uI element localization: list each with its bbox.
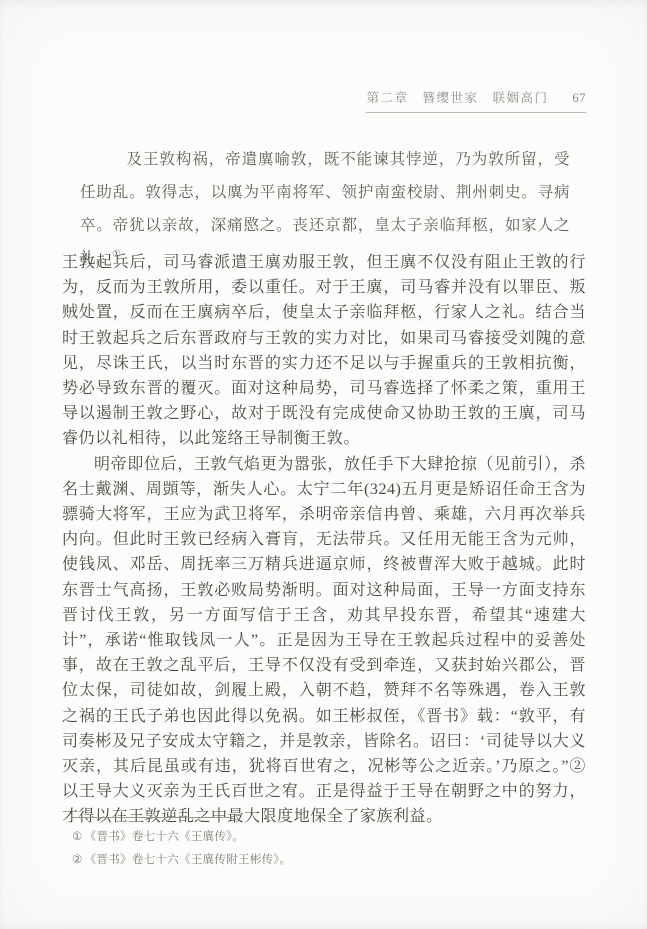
footnote-marker-1: ① [72, 831, 83, 843]
footnote-item: ②《晋书》卷七十六《王廙传附王彬传》。 [72, 849, 562, 872]
footnote-text-1: 《晋书》卷七十六《王廙传》。 [85, 831, 244, 843]
page-header: 第二章 簪缨世家 联姻高门67 [62, 88, 586, 113]
running-head-rule: 第二章 簪缨世家 联姻高门67 [366, 88, 586, 113]
footnote-text-2: 《晋书》卷七十六《王廙传附王彬传》。 [85, 854, 292, 866]
paragraph-2: 明帝即位后，王敦气焰更为嚣张，放任手下大肆抢掠（见前引），杀名士戴渊、周顗等，渐… [62, 452, 586, 830]
footnotes: ①《晋书》卷七十六《王廙传》。 ②《晋书》卷七十六《王廙传附王彬传》。 [72, 826, 562, 871]
footnote-marker-2: ② [72, 854, 83, 866]
running-head: 第二章 簪缨世家 联姻高门 [366, 91, 548, 105]
paragraph-1: 王敦起兵后，司马睿派遣王廙劝服王敦，但王廙不仅没有阻止王敦的行为，反而为王敦所用… [62, 250, 586, 452]
main-text: 王敦起兵后，司马睿派遣王廙劝服王敦，但王廙不仅没有阻止王敦的行为，反而为王敦所用… [62, 250, 586, 830]
footnote-separator [72, 817, 232, 818]
footnote-item: ①《晋书》卷七十六《王廙传》。 [72, 826, 562, 849]
book-page: 第二章 簪缨世家 联姻高门67 及王敦构祸，帝遣廙喻敦，既不能谏其悖逆，乃为敦所… [0, 0, 647, 929]
page-number: 67 [573, 91, 587, 105]
